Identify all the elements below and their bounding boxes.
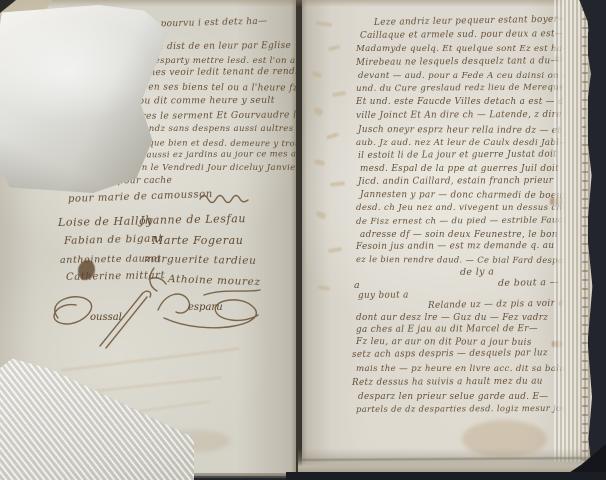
bleedthrough-mark	[326, 132, 340, 140]
handwriting-line: devant — aud. pour a Fede A ceu dainsi o…	[358, 71, 587, 81]
bleedthrough-mark	[316, 21, 332, 27]
handwriting-line: Retz dessus ha suivis a hault mez du au	[352, 377, 543, 388]
right-page: Leze andriz leur pequeur estant boyer—Ca…	[302, 0, 588, 476]
handwriting-line: und. du Cure greslaud redz lieu de Mereq…	[356, 82, 584, 94]
handwriting-line: Jhanne de Lesfau	[140, 212, 246, 227]
bleedthrough-mark	[314, 159, 326, 166]
handwriting-line: Mirebeau ne lesquels desquelz tant a du—	[356, 56, 560, 68]
handwriting-line: mesd. Espal de la ppe at guerres Juil do…	[360, 164, 559, 174]
page-edges-bottom	[298, 448, 590, 474]
handwriting-line: Jusch oneyr esprz heur rella indre dz — …	[358, 125, 561, 136]
bleedthrough-mark	[328, 247, 342, 253]
bleedthrough-mark	[332, 91, 346, 97]
handwriting-line: Fz leu, ar aur on dit Pour a jour buis	[356, 337, 532, 348]
handwriting-line: guy bout a	[358, 291, 409, 301]
manuscript-photo: aux pourvu i est detz ha—Et au dieuquand…	[0, 0, 606, 480]
page-edges-right	[554, 0, 594, 462]
handwriting-line: Madamyde quelq. Et quelque sont Ez est h…	[356, 44, 571, 54]
handwriting-line: desparz len prieur selue garde aud. E—	[358, 392, 548, 402]
handwriting-line: Jannesten y par — donc charmedi de boeur	[360, 190, 567, 201]
handwriting-line: Fabian de bigant	[64, 232, 163, 247]
handwriting-line: dont aur desz lre — Guz du — Fez vadrz	[356, 313, 548, 323]
handwriting-line: aub. Jz aud. nez At leur de Caulx desdi …	[356, 138, 568, 148]
handwriting-line: ville Joinct Et An dire ch — Latende, z …	[356, 110, 562, 121]
handwriting-line: marguerite tardieu	[144, 253, 257, 267]
handwriting-line: il estoit li de La jour et guerre Justat…	[358, 150, 557, 161]
handwriting-line: adresse df — soin deux Feunestre, le bon	[360, 230, 558, 240]
bleedthrough-mark	[318, 285, 331, 291]
handwriting-line: de ly a	[460, 266, 494, 278]
bleedthrough-mark	[311, 70, 322, 78]
handwriting-line: Leze andriz leur pequeur estant boyer—	[374, 15, 567, 28]
bleedthrough-mark	[330, 181, 345, 187]
bleedthrough-mark	[315, 210, 327, 220]
handwriting-line: ga ches al E jau au dit Marcel de Er—	[356, 324, 538, 335]
backdrop-bottom	[286, 472, 606, 480]
handwriting-line: Marte Fogerau	[152, 234, 243, 247]
bleedthrough-mark	[313, 106, 324, 117]
svg-text:esparu: esparu	[188, 302, 223, 313]
svg-text:oussal: oussal	[90, 312, 122, 323]
handwriting-line: Jicd. andin Caillard, estain franch prie…	[358, 176, 553, 187]
handwriting-line: ez le bien rendre daud. — Ce bial Fard d…	[356, 254, 568, 265]
book-gutter	[291, 0, 307, 476]
handwriting-line: mais the — pz heure en livre acc. dit sa…	[356, 364, 571, 374]
handwriting-line: Fesoin jus andin — est mz demande q. au	[356, 241, 554, 252]
handwriting-line: setz ach asps despris — desquels par luz	[352, 348, 548, 360]
handwriting-line: Caillaque et armele sud. pour deux a est…	[360, 29, 564, 41]
handwriting-line: desd. ch Jeu nez and. vivegent un dessus…	[356, 203, 573, 213]
handwriting-line: de Fisz ernest ch — du pied — estrible F…	[356, 216, 569, 227]
signature-right: esparu	[148, 282, 282, 340]
handwriting-line: partels de dz desparties desd. logiz mes…	[356, 403, 572, 414]
bleedthrough-mark	[328, 45, 341, 52]
flourish-scribble	[198, 190, 250, 204]
backdrop-right	[592, 230, 606, 430]
handwriting-line: Apres le serment Et Gourvaudre le	[128, 109, 296, 122]
handwriting-line: a	[354, 280, 360, 291]
handwriting-line: Et und. este Faucde Villes detach a est …	[356, 97, 569, 107]
handwriting-line: de bout a —	[498, 277, 560, 289]
